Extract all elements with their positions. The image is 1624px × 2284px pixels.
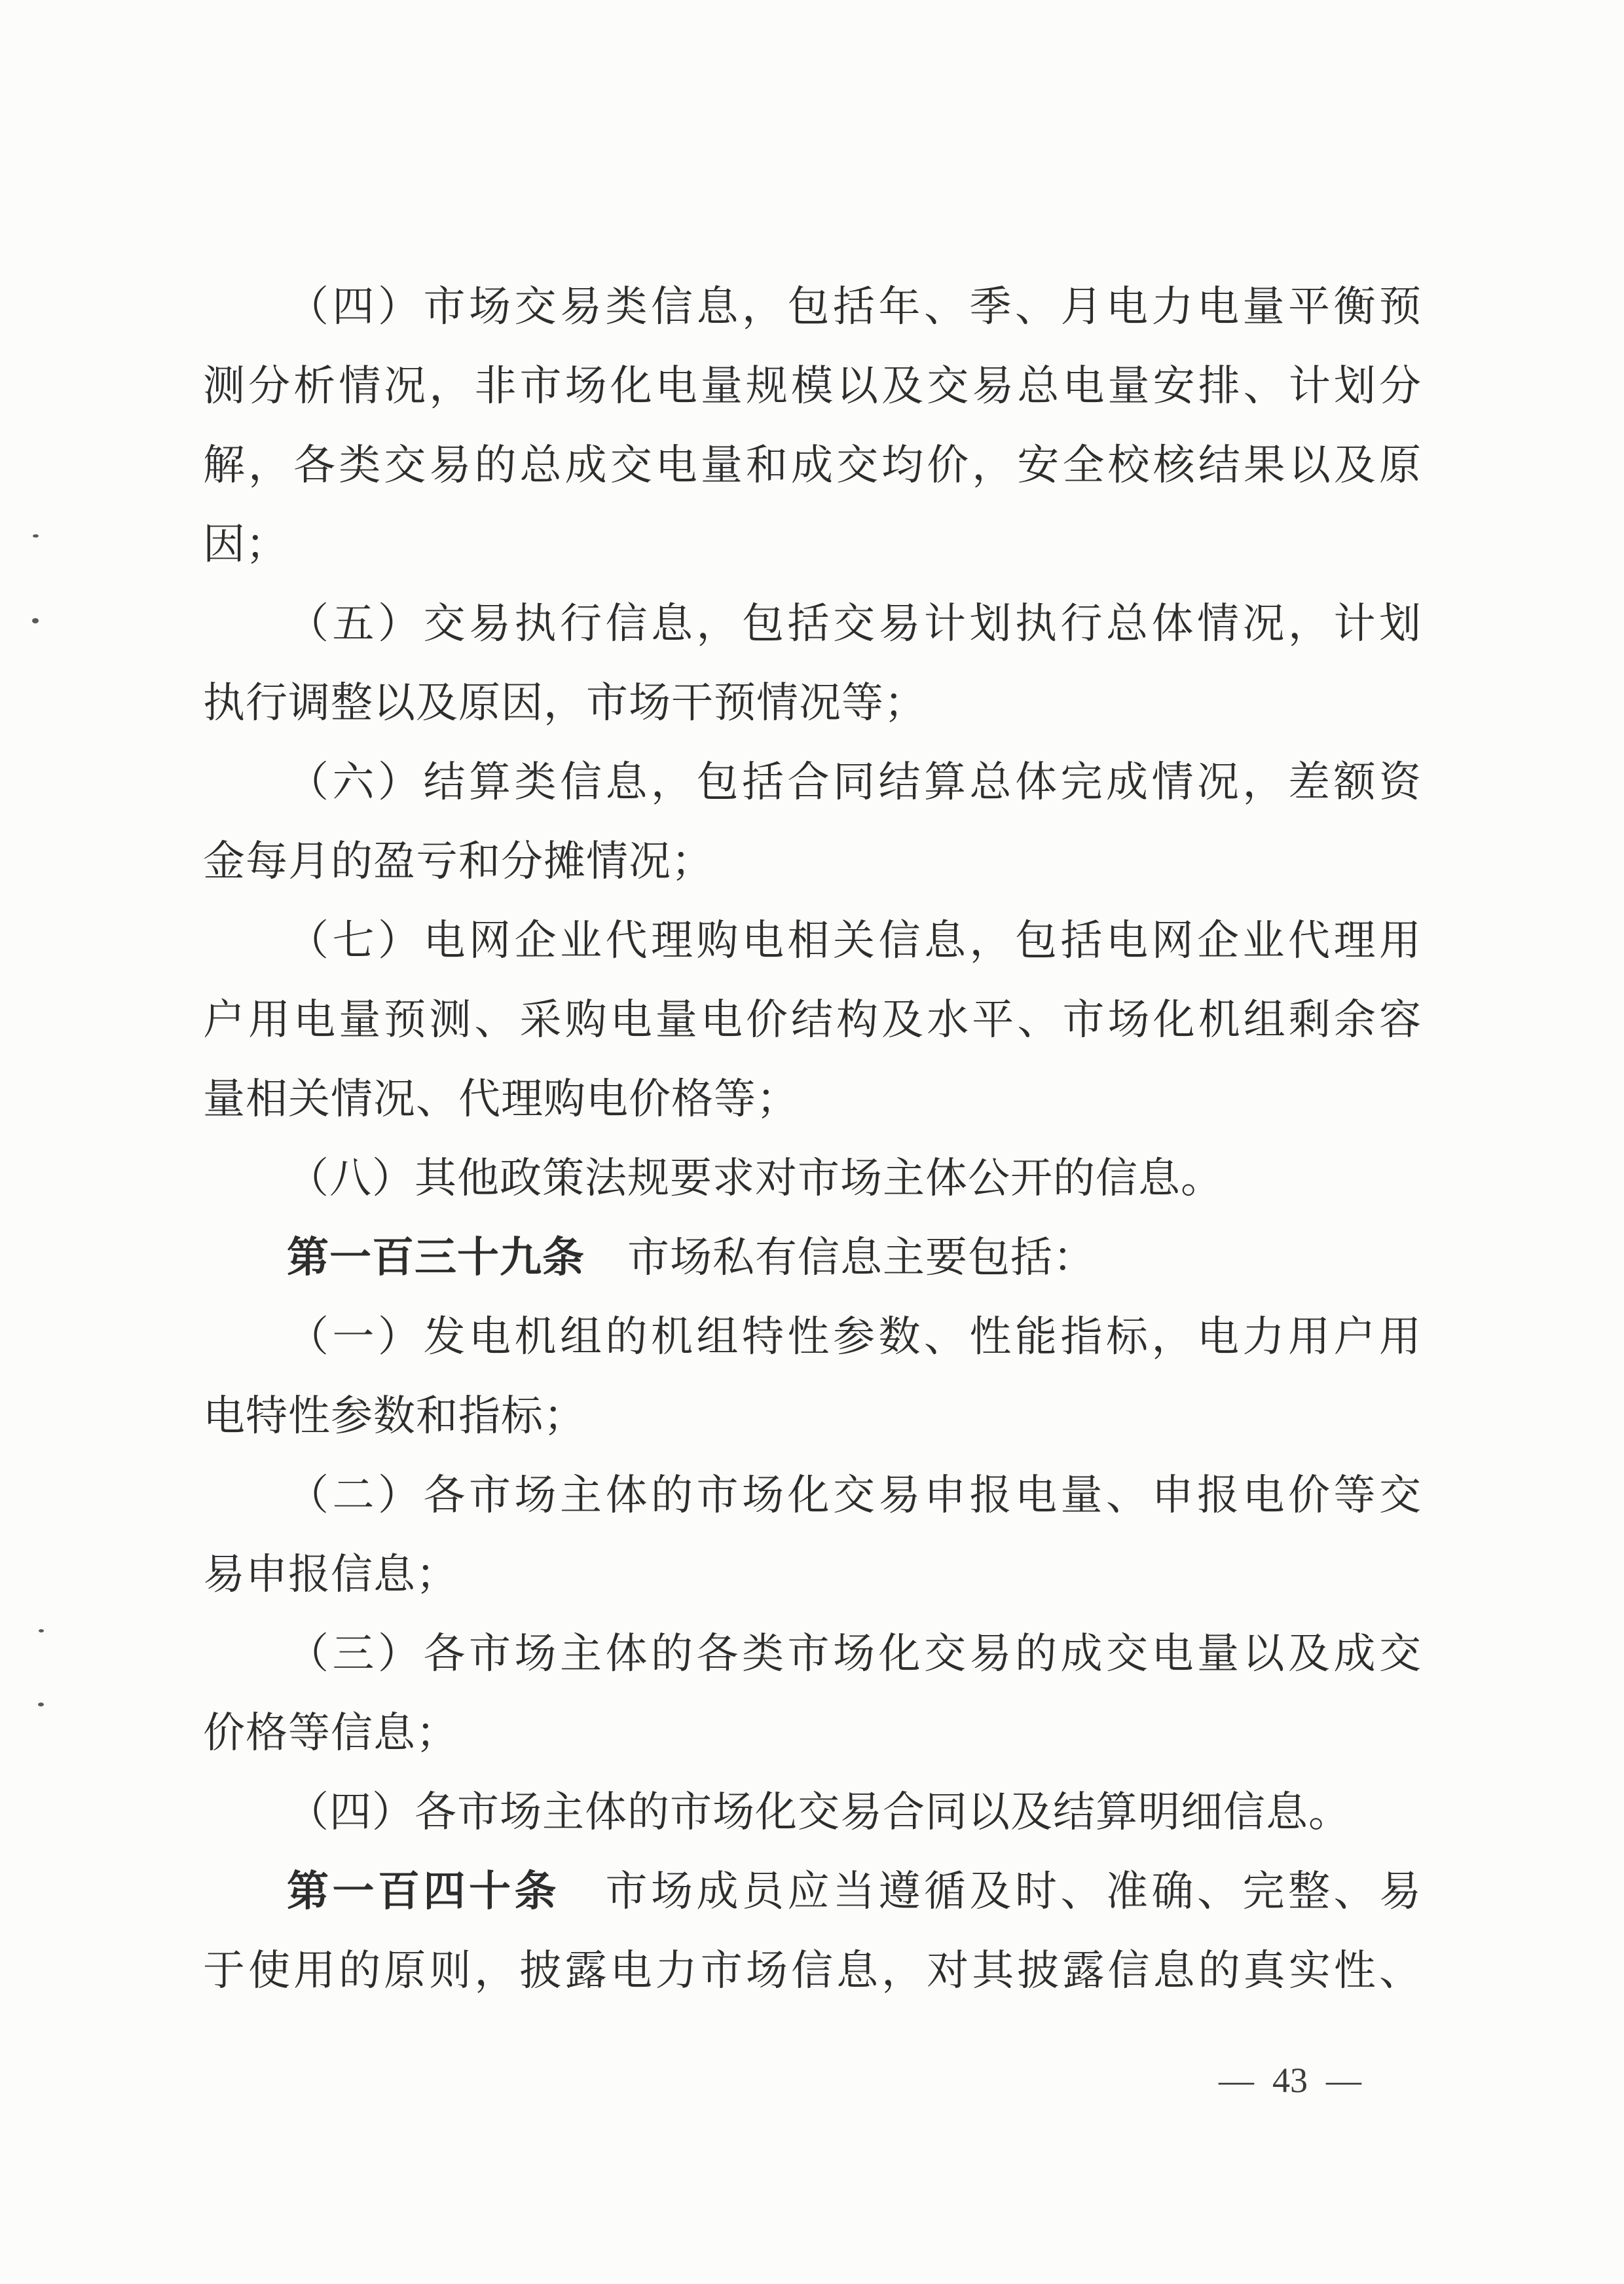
scan-speck (39, 1629, 44, 1632)
page-number-right-dash: — (1326, 2060, 1361, 2101)
article-139-text: 市场私有信息主要包括： (585, 1234, 1096, 1281)
body-line-10: 户用电量预测、采购电量电价结构及水平、市场化机组剩余容 (203, 980, 1421, 1059)
body-line-3: 解，各类交易的总成交电量和成交均价，安全校核结果以及原 (203, 426, 1421, 505)
document-body: （四）市场交易类信息，包括年、季、月电力电量平衡预 测分析情况，非市场化电量规模… (203, 267, 1421, 2010)
body-line-20: （四）各市场主体的市场化交易合同以及结算明细信息。 (203, 1773, 1421, 1852)
body-line-9: （七）电网企业代理购电相关信息，包括电网企业代理用 (203, 901, 1421, 980)
body-line-18: （三）各市场主体的各类市场化交易的成交电量以及成交 (203, 1614, 1421, 1693)
body-line-6: 执行调整以及原因，市场干预情况等； (203, 663, 1421, 743)
body-line-1: （四）市场交易类信息，包括年、季、月电力电量平衡预 (203, 267, 1421, 346)
article-140-text: 市场成员应当遵循及时、准确、完整、易 (560, 1868, 1421, 1915)
scan-speck (33, 534, 39, 538)
body-line-4: 因； (203, 505, 1421, 584)
body-line-5: （五）交易执行信息，包括交易计划执行总体情况，计划 (203, 584, 1421, 663)
body-line-21-article-140: 第一百四十条 市场成员应当遵循及时、准确、完整、易 (203, 1852, 1421, 1931)
scan-speck (32, 618, 39, 623)
body-line-17: 易申报信息； (203, 1535, 1421, 1614)
article-140-number: 第一百四十条 (287, 1868, 560, 1915)
document-page: （四）市场交易类信息，包括年、季、月电力电量平衡预 测分析情况，非市场化电量规模… (0, 0, 1624, 2284)
page-number: — 43 — (1172, 2057, 1408, 2103)
body-line-2: 测分析情况，非市场化电量规模以及交易总电量安排、计划分 (203, 346, 1421, 426)
page-number-value: 43 (1272, 2060, 1308, 2101)
body-line-13-article-139: 第一百三十九条 市场私有信息主要包括： (203, 1218, 1421, 1297)
body-line-22: 于使用的原则，披露电力市场信息，对其披露信息的真实性、 (203, 1931, 1421, 2010)
page-number-left-dash: — (1219, 2060, 1254, 2101)
body-line-7: （六）结算类信息，包括合同结算总体完成情况，差额资 (203, 743, 1421, 822)
body-line-19: 价格等信息； (203, 1693, 1421, 1773)
body-line-16: （二）各市场主体的市场化交易申报电量、申报电价等交 (203, 1456, 1421, 1535)
body-line-8: 金每月的盈亏和分摊情况； (203, 822, 1421, 901)
body-line-14: （一）发电机组的机组特性参数、性能指标，电力用户用 (203, 1297, 1421, 1376)
body-line-11: 量相关情况、代理购电价格等； (203, 1059, 1421, 1139)
body-line-15: 电特性参数和指标； (203, 1376, 1421, 1456)
body-line-12: （八）其他政策法规要求对市场主体公开的信息。 (203, 1139, 1421, 1218)
article-139-number: 第一百三十九条 (287, 1234, 585, 1281)
scan-speck (38, 1703, 44, 1706)
